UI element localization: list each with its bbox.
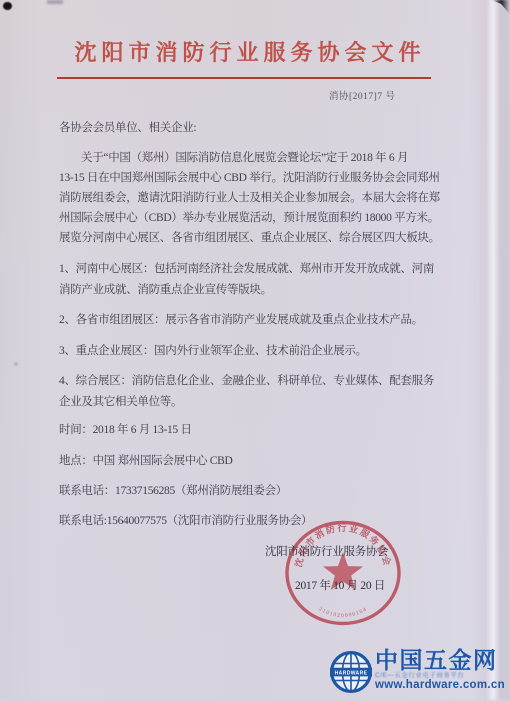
paragraph-line: 13-15 日在中国郑州国际会展中心 CBD 举行。沈阳消防行业服务协会会同郑州 [59,171,440,185]
signature-org: 沈阳市消防行业服务协会 [265,543,388,559]
globe-banner-text: HARDWARE [335,670,368,676]
contact-phone-line: 联系电话:15640077575（沈阳市消防行业服务协会） [59,514,312,528]
salutation-line: 各协会会员单位、相关企业: [59,121,196,135]
contact-phone-line: 联系电话：17337156285（郑州消防展组委会） [59,484,287,498]
paragraph-line: 关于“中国（郑州）国际消防信息化展览会暨论坛”定于 2018 年 6 月 [81,151,408,165]
signature-date: 2017 年 10 月 20 日 [295,577,385,593]
letterhead-title: 沈阳市消防行业服务协会文件 [0,36,500,67]
section-line: 消防产业成就、消防重点企业宣传等版块。 [59,283,272,297]
event-place-line: 地点：中国 郑州国际会展中心 CBD [59,454,233,468]
seal-serial-number: 2101020000164 [318,606,369,619]
document-number: 消协[2017]7 号 [329,88,395,102]
section-line: 4、综合展区：消防信息化企业、金融企业、科研单位、专业媒体、配套服务 [59,374,434,388]
watermark-site-name: 中国五金网 [375,648,505,673]
scan-artifact-smudge [47,0,63,4]
paper-right-edge-shadow [502,0,510,701]
watermark-url: www.hardware.com.cn [375,679,505,691]
globe-icon: HARDWARE [330,651,372,693]
paragraph-line: 州国际会展中心（CBD）举办专业展览活动，预计展览面积约 18000 平方米。 [59,211,439,225]
scanned-document-page: 沈阳市消防行业服务协会文件 消协[2017]7 号 各协会会员单位、相关企业: … [0,0,510,701]
section-line: 2、各省市组团展区：展示各省市消防产业发展成就及重点企业技术产品。 [59,313,423,327]
seal-graphic: 沈阳市消防行业服务协会 2101020000164 [287,522,399,624]
scan-artifact-dot [3,2,12,10]
event-time-line: 时间：2018 年 6 月 13-15 日 [59,423,192,437]
official-seal: 沈阳市消防行业服务协会 2101020000164 [279,514,407,632]
section-line: 3、重点企业展区：国内外行业领军企业、技术前沿企业展示。 [59,344,367,358]
watermark-text-block: 中国五金网 C/E—五金行业电子商务平台 www.hardware.com.cn [375,648,505,691]
paragraph-line: 展览分河南中心展区、各省市组团展区、重点企业展区、综合展区四大板块。 [59,231,440,245]
paragraph-line: 消防展组委会，邀请沈阳消防行业人士及相关企业参加展会。本届大会将在郑 [59,191,440,205]
watermark-tagline: C/E—五金行业电子商务平台 [375,673,505,679]
scan-artifact-speck [14,362,18,366]
section-line: 1、河南中心展区：包括河南经济社会发展成就、郑州市开发开放成就、河南 [59,262,434,276]
letterhead-divider [57,77,431,79]
scan-light-band [486,0,500,701]
section-line: 企业及其它相关单位等。 [59,395,182,409]
hardware-net-watermark: HARDWARE 中国五金网 C/E—五金行业电子商务平台 www.hardwa… [330,648,505,693]
